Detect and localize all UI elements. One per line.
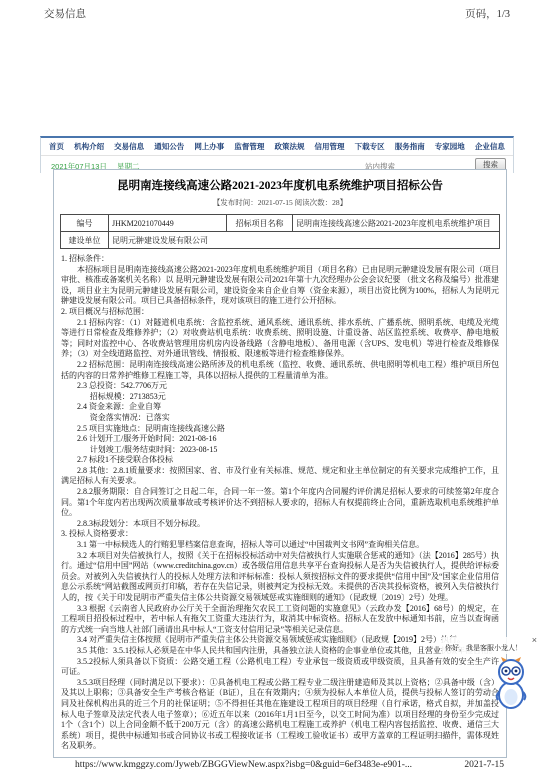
announcement-paragraph: 3. 投标人资格要求： <box>61 529 499 540</box>
print-header-page-number: 页码，1/3 <box>465 6 510 21</box>
announcement-paragraph: 2.2 招标范围：昆明南连接线高速公路所涉及的机电系统（监控、收费、通讯系统、供… <box>61 360 499 381</box>
announcement-body: 1. 招标条件：本招标项目昆明南连接线高速公路2021-2023年度机电系统维护… <box>61 254 499 752</box>
announcement-paragraph: 3.3 根据《云南省人民政府办公厅关于全面治理拖欠农民工工资问题的实施意见》（云… <box>61 604 499 636</box>
nav-item[interactable]: 企业信息 <box>475 141 505 152</box>
announcement-paragraph: 2.8.2服务期限：自合同签订之日起二年，合同一年一签。第1个年度内合同履约评价… <box>61 487 499 519</box>
announcement-paragraph: 计划竣工/服务结束时间：2023-08-15 <box>61 445 499 456</box>
nav-item[interactable]: 网上办事 <box>194 141 224 152</box>
announcement-paragraph: 3.5.3项目经理（同时满足以下要求）：①具备机电工程或公路工程专业二级注册建造… <box>61 678 499 752</box>
announcement-paragraph: 2.6 计划开工/服务开始时间：2021-08-16 <box>61 434 499 445</box>
announcement-paragraph: 招标规模：2713853元 <box>61 392 499 403</box>
mascot-dragon-icon <box>491 656 531 710</box>
print-preview-page: { "print_header": { "left": "交易信息", "rig… <box>0 0 554 782</box>
nav-item[interactable]: 机构介绍 <box>74 141 104 152</box>
announcement-paragraph: 3.5 其他：3.5.1投标人必须是在中华人民共和国内注册，具备独立法人资格的企… <box>61 646 499 657</box>
nav-item[interactable]: 政策法规 <box>274 141 304 152</box>
table-row: 编号 JHKM2021070449 招标项目名称 昆明南连接线高速公路2021-… <box>61 215 500 232</box>
project-name-value: 昆明南连接线高速公路2021-2023年度机电系统维护项目 <box>293 215 500 232</box>
nav-item[interactable]: 交易信息 <box>114 141 144 152</box>
announcement-paragraph: 2.8 其他：2.8.1质量要求：按照国家、省、市及行业有关标准、规范、规定和业… <box>61 466 499 487</box>
announcement-paragraph: 3.2 本项目对失信被执行人，按照《关于在招标投标活动中对失信被执行人实施联合惩… <box>61 551 499 604</box>
print-header: 交易信息 页码，1/3 <box>44 6 510 21</box>
announcement-paragraph: 3.1 第一中标候选人的行贿犯罪档案信息查询，招标人等可以通过“中国裁判文书网”… <box>61 540 499 551</box>
announcement-paragraph: 3.5.2投标人须具备以下资质：公路交通工程（公路机电工程）专业承包一级资质或甲… <box>61 657 499 678</box>
main-nav: 首页机构介绍交易信息通知公告网上办事监督管理政策法规信用管理下载专区服务指南专家… <box>41 138 513 156</box>
customer-service-popup[interactable]: 你好，我是客服小龙人！ × <box>442 637 538 654</box>
print-footer-date: 2021-7-15 <box>464 760 504 770</box>
project-info-table: 编号 JHKM2021070449 招标项目名称 昆明南连接线高速公路2021-… <box>60 214 500 249</box>
announcement-paragraph: 资金落实情况：已落实 <box>61 413 499 424</box>
announcement-paragraph: 2.1 招标内容：（1）对隧道机电系统：含监控系统、通风系统、通讯系统、排水系统… <box>61 318 499 360</box>
nav-item[interactable]: 通知公告 <box>154 141 184 152</box>
announcement-paragraph: 2.8.3标段划分：本项目不划分标段。 <box>61 519 499 530</box>
announcement-box: 昆明南连接线高速公路2021-2023年度机电系统维护项目招标公告 【发布时间：… <box>53 169 507 758</box>
announcement-paragraph: 1. 招标条件： <box>61 254 499 265</box>
site-chrome: 首页机构介绍交易信息通知公告网上办事监督管理政策法规信用管理下载专区服务指南专家… <box>40 136 514 173</box>
build-unit-label: 建设单位 <box>61 232 109 249</box>
announcement-paragraph: 2.3 总投资：542.7706万元 <box>61 381 499 392</box>
customer-service-mascot[interactable] <box>491 656 531 710</box>
announcement-meta: 【发布时间：2021-07-15 阅读次数：28】 <box>54 197 506 208</box>
customer-service-greeting: 你好，我是客服小龙人！ <box>445 643 522 653</box>
announcement-paragraph: 2.4 资金来源：企业自筹 <box>61 402 499 413</box>
build-unit-value: 昆明元翀建设发展有限公司 <box>109 232 500 249</box>
announcement-paragraph: 2.7 标段1不接受联合体投标 <box>61 455 499 466</box>
close-icon[interactable]: × <box>532 635 537 645</box>
table-row: 建设单位 昆明元翀建设发展有限公司 <box>61 232 500 249</box>
announcement-title: 昆明南连接线高速公路2021-2023年度机电系统维护项目招标公告 <box>54 177 506 193</box>
announcement-paragraph: 2.5 项目实施地点：昆明南连接线高速公路 <box>61 424 499 435</box>
project-id-value: JHKM2021070449 <box>109 215 227 232</box>
announcement-paragraph: 2. 项目概况与招标范围： <box>61 307 499 318</box>
announcement-paragraph: 本招标项目昆明南连接线高速公路2021-2023年度机电系统维护项目（项目名称）… <box>61 265 499 307</box>
nav-item[interactable]: 监督管理 <box>234 141 264 152</box>
nav-item[interactable]: 服务指南 <box>395 141 425 152</box>
nav-item[interactable]: 专家园地 <box>435 141 465 152</box>
print-header-title: 交易信息 <box>44 6 86 21</box>
print-footer-url: https://www.kmggzy.com/Jyweb/ZBGGViewNew… <box>75 760 412 770</box>
project-name-label: 招标项目名称 <box>227 215 293 232</box>
nav-item[interactable]: 信用管理 <box>315 141 345 152</box>
project-id-label: 编号 <box>61 215 109 232</box>
nav-item[interactable]: 首页 <box>49 141 64 152</box>
announcement-paragraph: 3.4 对严重失信主体按照《昆明市严重失信主体公共资源交易领域惩戒实施细则》（昆… <box>61 635 499 646</box>
nav-item[interactable]: 下载专区 <box>355 141 385 152</box>
